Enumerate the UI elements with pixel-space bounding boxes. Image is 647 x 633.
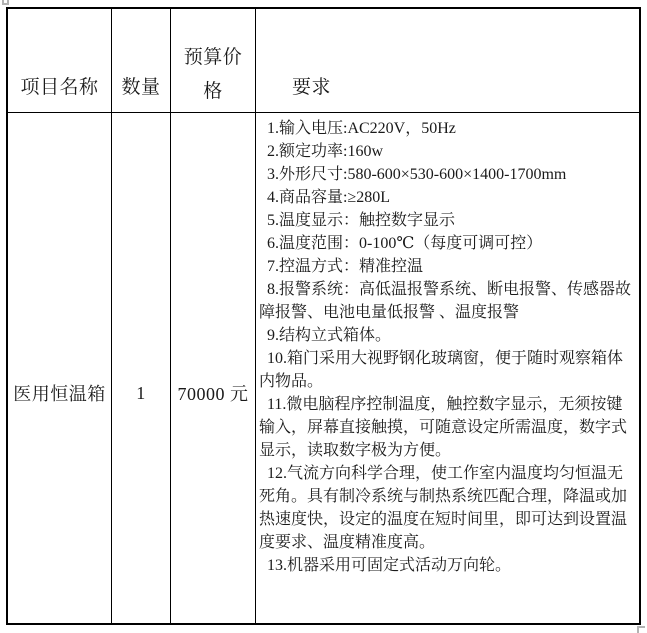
requirement-item: 3.外形尺寸:580-600×530-600×1400-1700mm (259, 163, 634, 186)
requirement-item: 7.控温方式：精准控温 (259, 255, 634, 278)
requirement-item: 10.箱门采用大视野钢化玻璃窗，便于随时观察箱体内物品。 (259, 347, 634, 393)
header-budget-price-label: 预算价格 (182, 41, 244, 109)
quantity-value: 1 (136, 383, 146, 404)
requirement-item: 9.结构立式箱体。 (259, 324, 634, 347)
requirement-item: 5.温度显示：触控数字显示 (259, 209, 634, 232)
requirement-item: 12.气流方向科学合理，使工作室内温度均匀恒温无死角。具有制冷系统与制热系统匹配… (259, 462, 634, 554)
requirement-item: 6.温度范围：0-100℃（每度可调可控） (259, 232, 634, 255)
header-requirements-label: 要求 (292, 76, 331, 100)
requirement-item: 11.微电脑程序控制温度，触控数字显示，无须按键输入，屏幕直接触摸，可随意设定所… (259, 393, 634, 462)
requirement-item: 13.机器采用可固定式活动万向轮。 (259, 554, 634, 577)
table-move-handle-icon[interactable] (2, 0, 9, 5)
header-requirements: 要求 (256, 9, 639, 113)
cell-project-name: 医用恒温箱 (8, 113, 112, 623)
header-quantity-label: 数量 (121, 76, 160, 100)
requirement-item: 8.报警系统：高低温报警系统、断电报警、传感器故障报警、电池电量低报警 、温度报… (259, 278, 634, 324)
procurement-table: 项目名称 数量 预算价格 要求 医用恒温箱 1 70000 元 1.输入电压:A… (6, 7, 641, 625)
requirement-item: 1.输入电压:AC220V，50Hz (259, 117, 634, 140)
project-name-value: 医用恒温箱 (13, 380, 106, 406)
header-budget-price: 预算价格 (171, 9, 256, 113)
cell-budget-price: 70000 元 (171, 113, 256, 623)
table-resize-handle-icon[interactable] (637, 626, 645, 633)
requirement-item: 4.商品容量:≥280L (259, 186, 634, 209)
cell-quantity: 1 (112, 113, 171, 623)
header-project-name: 项目名称 (8, 9, 112, 113)
budget-price-value: 70000 元 (178, 380, 249, 406)
requirement-item: 2.额定功率:160w (259, 140, 634, 163)
header-project-name-label: 项目名称 (20, 76, 98, 100)
cell-requirements: 1.输入电压:AC220V，50Hz 2.额定功率:160w 3.外形尺寸:58… (256, 113, 639, 623)
document-page: 项目名称 数量 预算价格 要求 医用恒温箱 1 70000 元 1.输入电压:A… (0, 0, 647, 633)
header-quantity: 数量 (112, 9, 171, 113)
